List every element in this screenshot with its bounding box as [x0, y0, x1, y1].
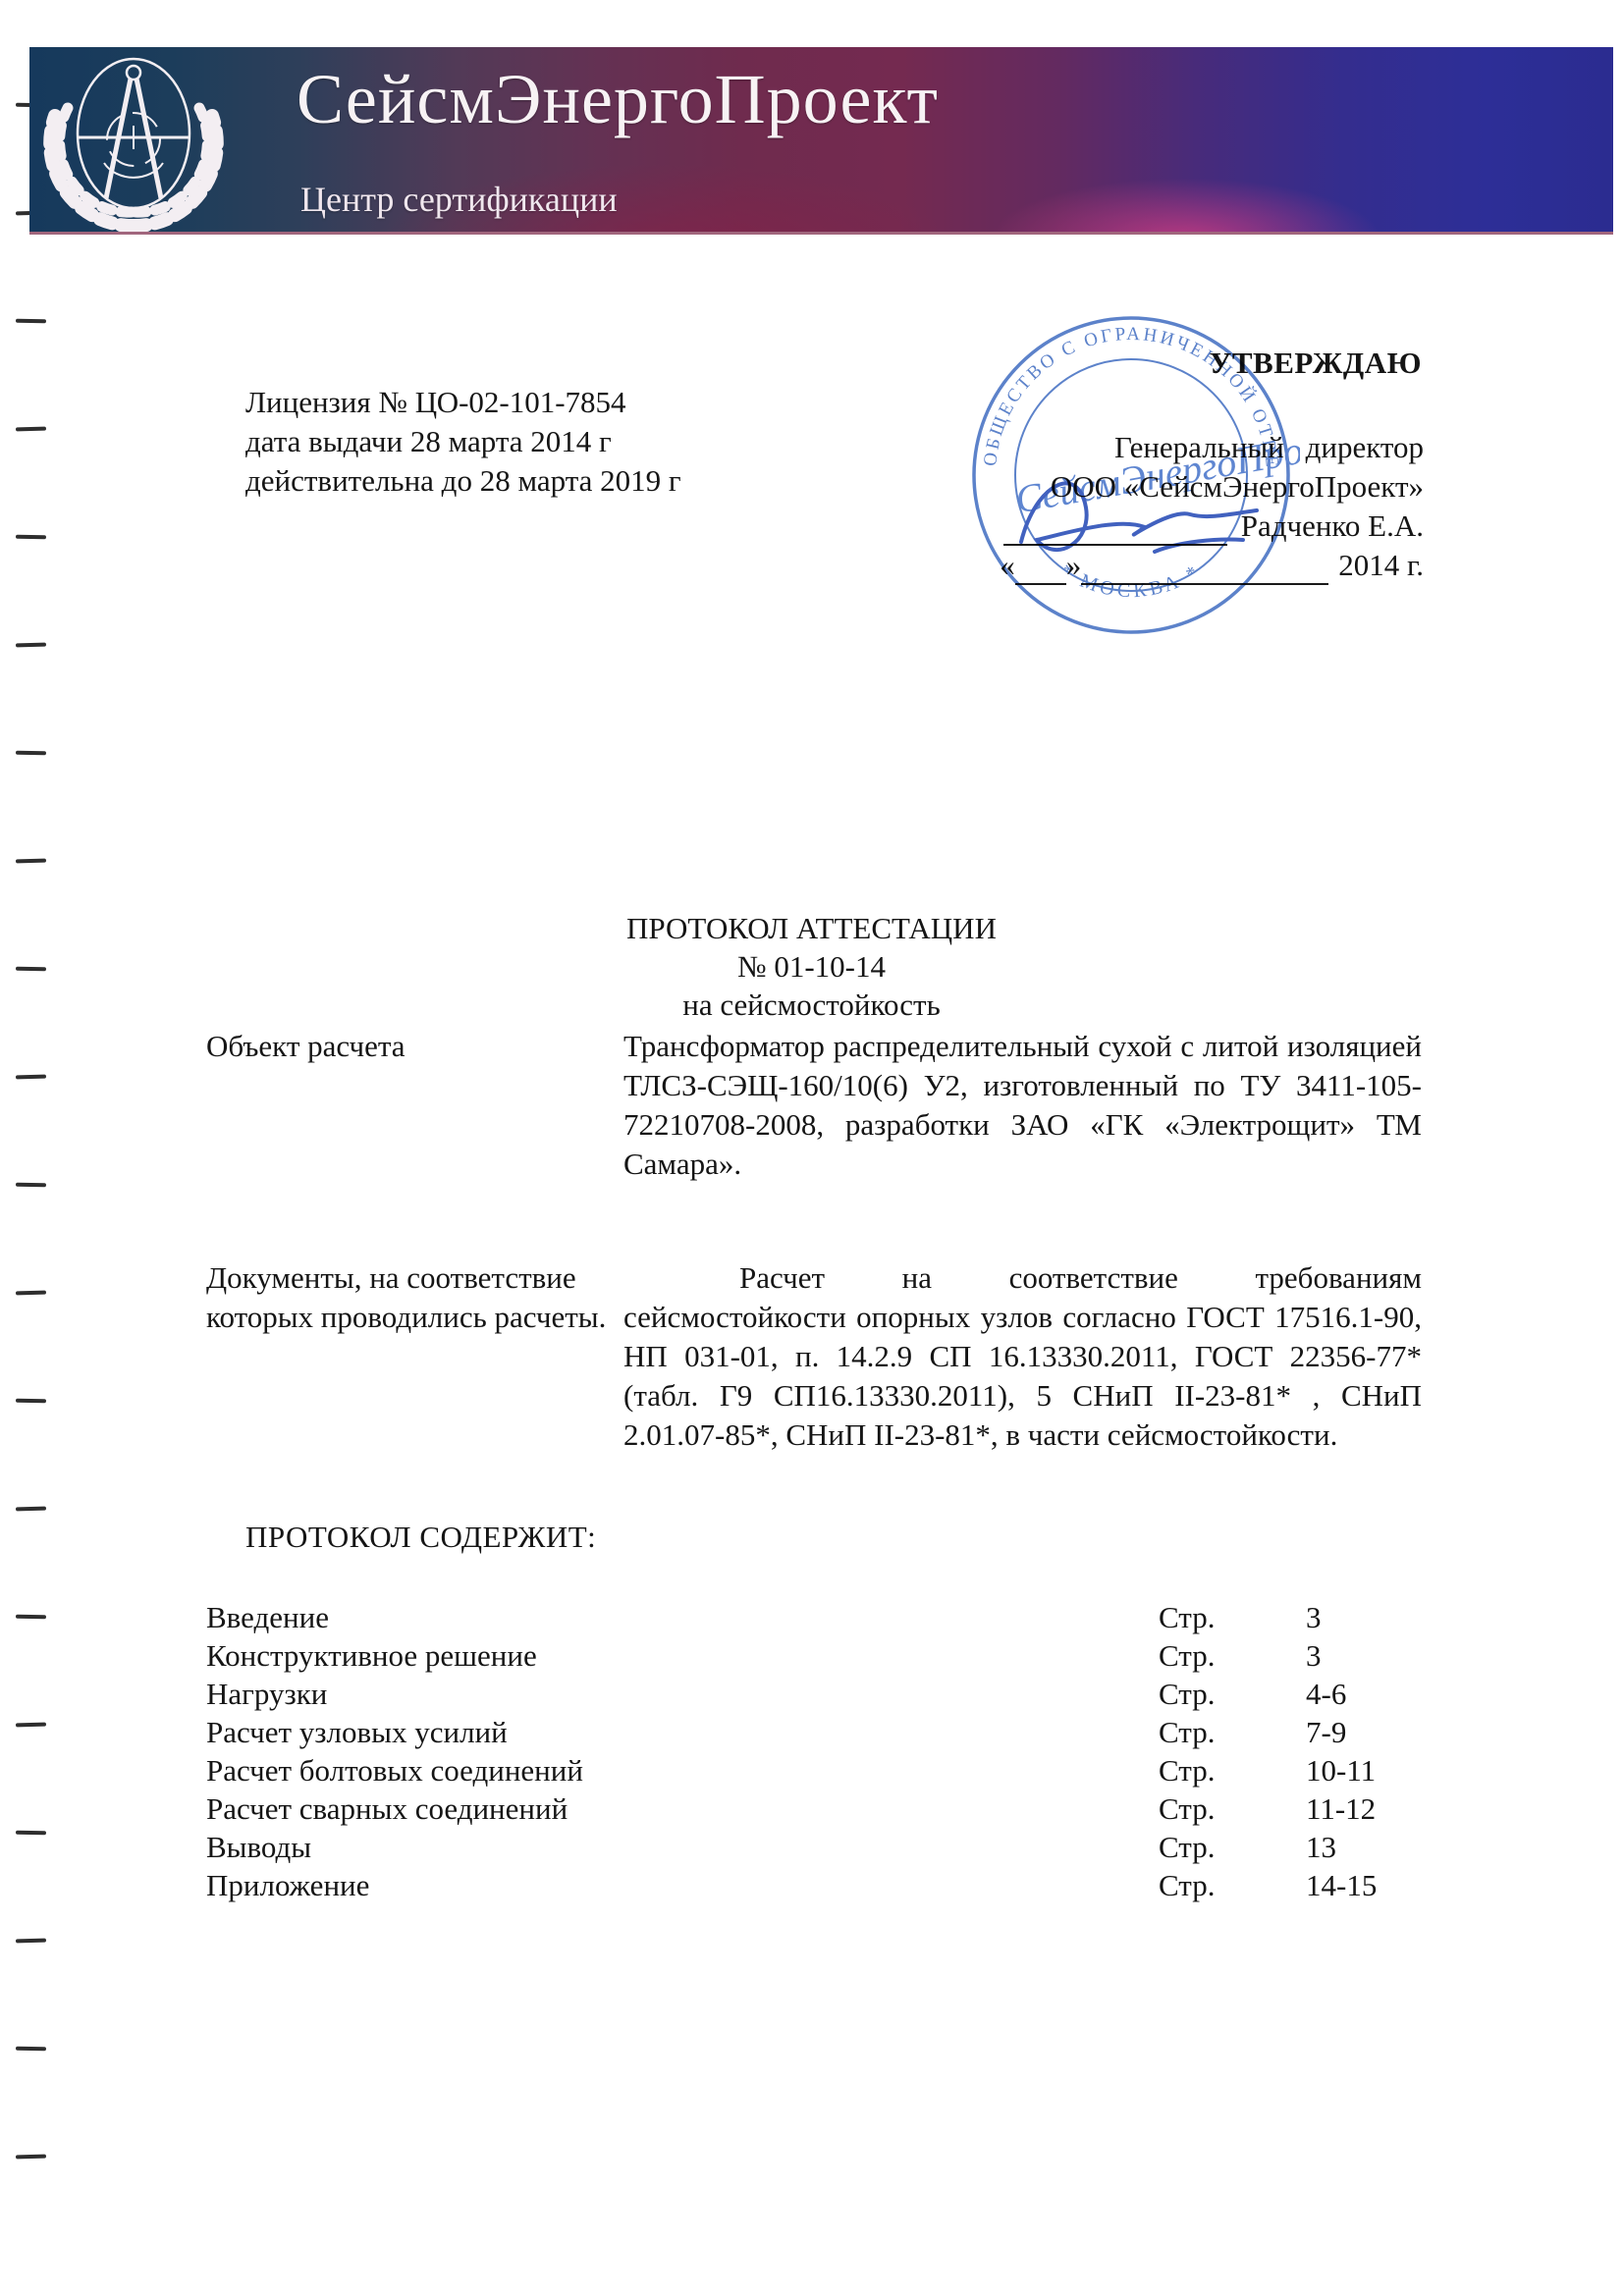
binding-dash: [16, 319, 46, 324]
binding-dash: [16, 1075, 46, 1080]
binding-dash: [16, 427, 46, 432]
toc-page-label: Стр.: [1159, 1675, 1306, 1713]
toc-item-title: Расчет болтовых соединений: [206, 1751, 1159, 1789]
toc-item-title: Приложение: [206, 1866, 1159, 1904]
protocol-title: ПРОТОКОЛ АТТЕСТАЦИИ: [0, 909, 1623, 947]
binding-dash: [16, 643, 46, 648]
toc-page-label: Стр.: [1159, 1828, 1306, 1866]
binding-dash: [16, 1399, 46, 1404]
license-valid-until: действительна до 28 марта 2019 г: [245, 461, 681, 501]
toc-page-label: Стр.: [1159, 1636, 1306, 1675]
binding-dash: [16, 1183, 46, 1188]
toc-row: Расчет узловых усилий Стр. 7-9: [206, 1713, 1422, 1751]
toc-item-title: Нагрузки: [206, 1675, 1159, 1713]
protocol-number: № 01-10-14: [0, 947, 1623, 986]
toc-page-label: Стр.: [1159, 1713, 1306, 1751]
toc-item-title: Расчет узловых усилий: [206, 1713, 1159, 1751]
toc-row: Выводы Стр. 13: [206, 1828, 1422, 1866]
org-title: СейсмЭнергоПроект: [297, 59, 939, 140]
toc-item-pages: 14-15: [1306, 1866, 1422, 1904]
round-stamp: ОБЩЕСТВО С ОГРАНИЧЕННОЙ ОТВЕТСТВЕННОСТЬЮ…: [962, 306, 1300, 644]
documents-text: Расчет на соответствие требованиям сейсм…: [623, 1258, 1422, 1455]
toc-row: Расчет болтовых соединений Стр. 10-11: [206, 1751, 1422, 1789]
toc-item-title: Введение: [206, 1598, 1159, 1636]
license-block: Лицензия № ЦО-02-101-7854 дата выдачи 28…: [245, 383, 681, 501]
binding-dash: [16, 1831, 46, 1836]
toc-row: Приложение Стр. 14-15: [206, 1866, 1422, 1904]
license-issue-date: дата выдачи 28 марта 2014 г: [245, 422, 681, 461]
svg-text:* МОСКВА *: * МОСКВА *: [1056, 560, 1205, 602]
binding-dash: [16, 859, 46, 864]
license-number: Лицензия № ЦО-02-101-7854: [245, 383, 681, 422]
binding-dash: [16, 1723, 46, 1728]
object-text: Трансформатор распределительный сухой с …: [623, 1027, 1422, 1184]
toc-item-pages: 3: [1306, 1636, 1422, 1675]
binding-dash: [16, 1615, 46, 1620]
toc-page-label: Стр.: [1159, 1866, 1306, 1904]
object-label: Объект расчета: [206, 1027, 406, 1066]
binding-dash: [16, 1939, 46, 1944]
toc-page-label: Стр.: [1159, 1789, 1306, 1828]
protocol-subject: на сейсмостойкость: [0, 986, 1623, 1024]
toc-item-pages: 10-11: [1306, 1751, 1422, 1789]
compass-wreath-logo-icon: [35, 47, 232, 232]
table-of-contents: Введение Стр. 3 Конструктивное решение С…: [206, 1598, 1422, 1904]
binding-dash: [16, 2047, 46, 2052]
toc-item-pages: 13: [1306, 1828, 1422, 1866]
toc-item-title: Расчет сварных соединений: [206, 1789, 1159, 1828]
documents-label: Документы, на соответствие которых прово…: [206, 1258, 638, 1337]
toc-item-pages: 3: [1306, 1598, 1422, 1636]
binding-dash: [16, 2155, 46, 2160]
header-banner: СейсмЭнергоПроект Центр сертификации: [29, 47, 1613, 232]
toc-row: Введение Стр. 3: [206, 1598, 1422, 1636]
year-label: 2014 г.: [1338, 546, 1424, 585]
scanned-protocol-page: СейсмЭнергоПроект Центр сертификации Лиц…: [0, 0, 1623, 2296]
toc-row: Конструктивное решение Стр. 3: [206, 1636, 1422, 1675]
binding-dash: [16, 535, 46, 540]
toc-row: Расчет сварных соединений Стр. 11-12: [206, 1789, 1422, 1828]
toc-item-pages: 11-12: [1306, 1789, 1422, 1828]
toc-item-pages: 4-6: [1306, 1675, 1422, 1713]
toc-page-label: Стр.: [1159, 1598, 1306, 1636]
binding-dash: [16, 1291, 46, 1296]
stamp-ring-text-bottom: * МОСКВА *: [1056, 560, 1205, 602]
toc-page-label: Стр.: [1159, 1751, 1306, 1789]
toc-item-title: Конструктивное решение: [206, 1636, 1159, 1675]
binding-dash: [16, 751, 46, 756]
binding-dash: [16, 1507, 46, 1512]
toc-item-pages: 7-9: [1306, 1713, 1422, 1751]
contents-heading: ПРОТОКОЛ СОДЕРЖИТ:: [245, 1520, 596, 1555]
toc-row: Нагрузки Стр. 4-6: [206, 1675, 1422, 1713]
org-subtitle: Центр сертификации: [300, 179, 618, 220]
toc-item-title: Выводы: [206, 1828, 1159, 1866]
